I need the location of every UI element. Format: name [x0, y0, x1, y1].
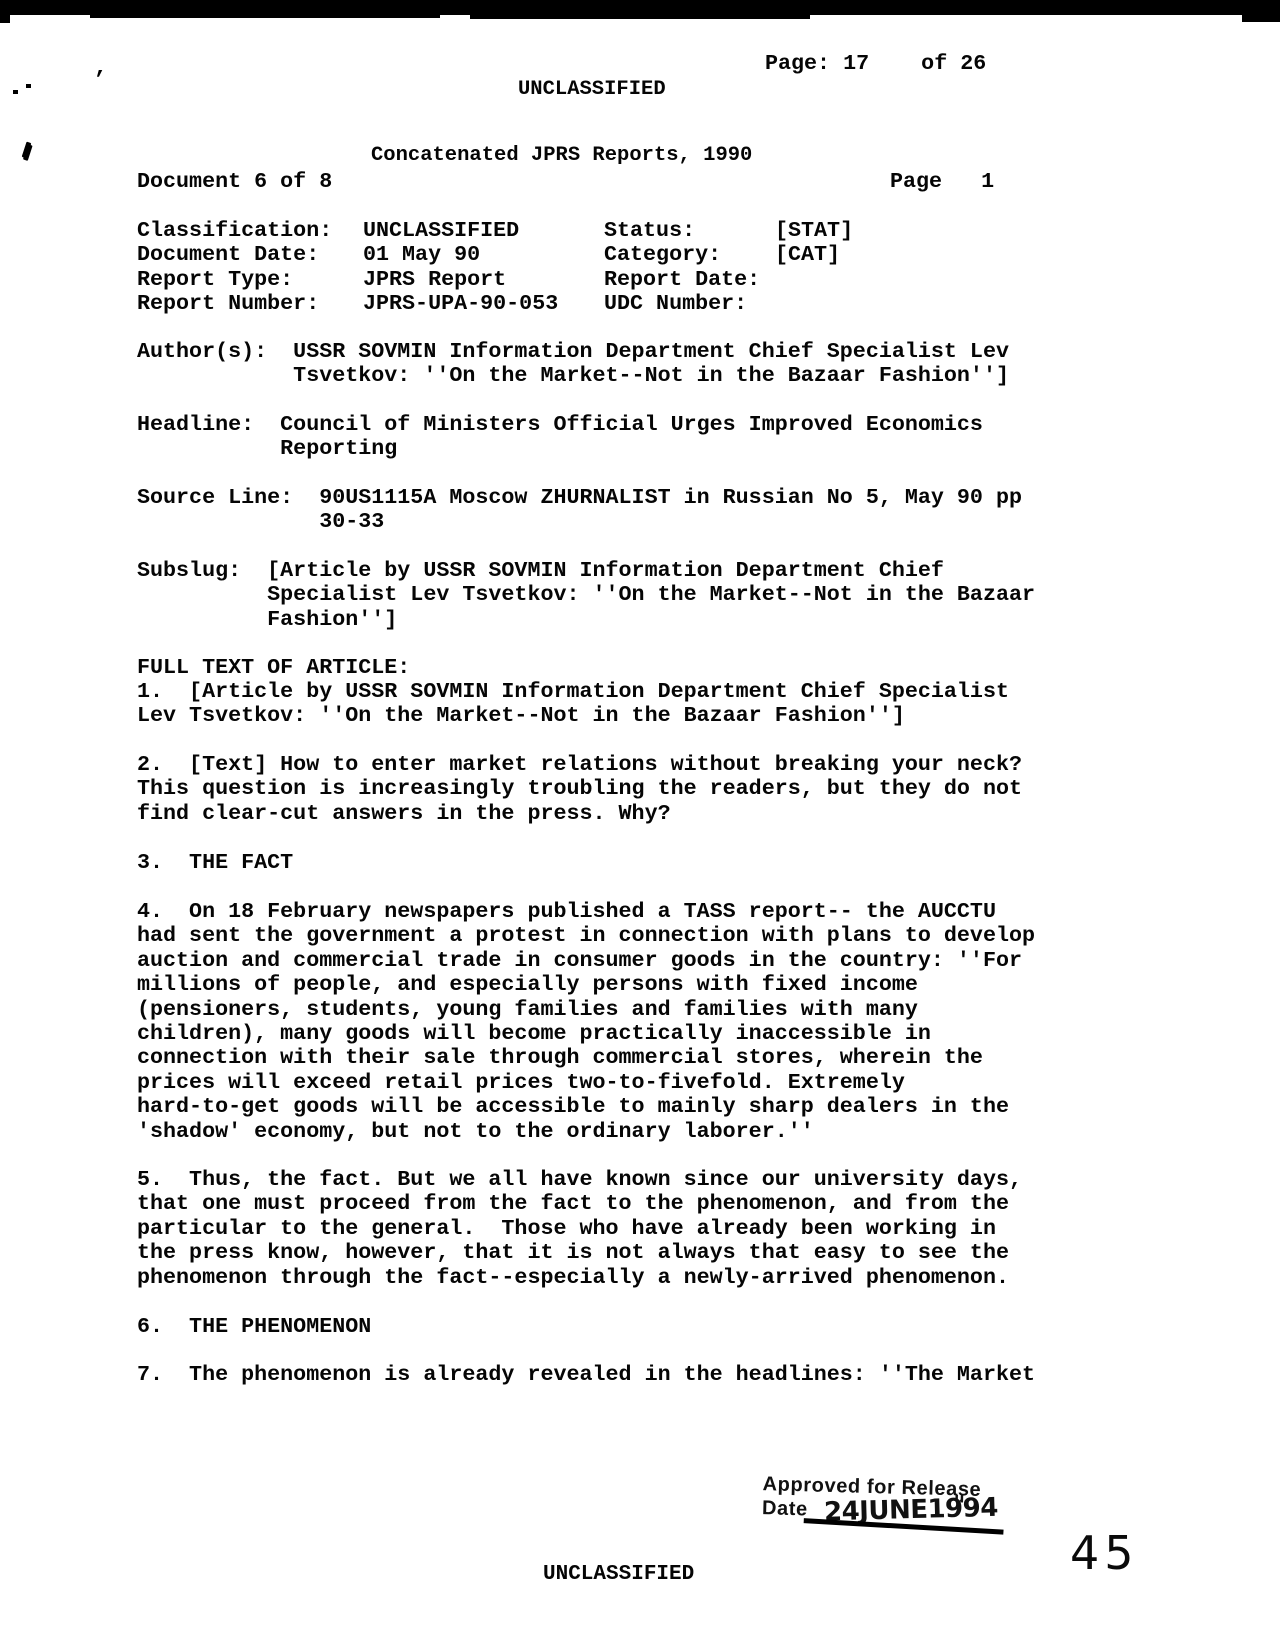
metadata-row: Classification: UNCLASSIFIED Status: [ST…	[0, 219, 1280, 243]
metadata-table: Classification: UNCLASSIFIED Status: [ST…	[0, 219, 1280, 317]
scan-top-edge-nub	[1242, 13, 1280, 22]
metadata-value: [CAT]	[775, 243, 840, 267]
metadata-value: 01 May 90	[363, 243, 480, 267]
metadata-value: [STAT]	[775, 219, 853, 243]
document-page: ’ Page: 17 of 26 UNCLASSIFIED Concatenat…	[0, 0, 1280, 1632]
metadata-label: UDC Number:	[604, 292, 747, 316]
metadata-label: Classification:	[137, 219, 332, 243]
metadata-label: Report Type:	[137, 268, 293, 292]
metadata-label: Document Date:	[137, 243, 319, 267]
article-paragraph-7: 7. The phenomenon is already revealed in…	[137, 1363, 1035, 1387]
scan-top-edge-bar	[0, 0, 1280, 15]
field-subslug: Subslug: [Article by USSR SOVMIN Informa…	[137, 559, 1035, 632]
field-source-line: Source Line: 90US1115A Moscow ZHURNALIST…	[137, 486, 1022, 535]
field-author: Author(s): USSR SOVMIN Information Depar…	[137, 340, 1009, 389]
document-indicator: Document 6 of 8	[137, 170, 332, 194]
section-heading-the-fact: 3. THE FACT	[137, 851, 293, 875]
metadata-value: UNCLASSIFIED	[363, 219, 519, 243]
metadata-row: Report Number: JPRS-UPA-90-053 UDC Numbe…	[0, 292, 1280, 316]
metadata-label: Category:	[604, 243, 721, 267]
classification-banner-top: UNCLASSIFIED	[518, 78, 666, 102]
article-paragraph-1: 1. [Article by USSR SOVMIN Information D…	[137, 680, 1009, 729]
scan-artifact-tick: ’	[93, 68, 106, 93]
metadata-label: Status:	[604, 219, 695, 243]
article-paragraph-4: 4. On 18 February newspapers published a…	[137, 900, 1035, 1144]
scan-artifact-dots	[13, 90, 18, 94]
page-indicator: Page: 17 of 26	[765, 52, 986, 76]
metadata-label: Report Number:	[137, 292, 319, 316]
article-paragraph-5: 5. Thus, the fact. But we all have known…	[137, 1168, 1022, 1290]
metadata-row: Document Date: 01 May 90 Category: [CAT]	[0, 243, 1280, 267]
metadata-value: JPRS Report	[363, 268, 506, 292]
scan-top-edge-segment	[90, 15, 440, 18]
section-heading-the-phenomenon: 6. THE PHENOMENON	[137, 1315, 371, 1339]
scan-top-edge-segment	[470, 15, 810, 19]
classification-banner-bottom: UNCLASSIFIED	[543, 1563, 694, 1587]
scan-artifact-mark	[22, 142, 32, 159]
stamp-date-label: Date	[762, 1497, 808, 1521]
full-text-heading: FULL TEXT OF ARTICLE:	[137, 656, 410, 680]
field-headline: Headline: Council of Ministers Official …	[137, 413, 983, 462]
report-title: Concatenated JPRS Reports, 1990	[371, 144, 752, 168]
metadata-value: JPRS-UPA-90-053	[363, 292, 558, 316]
approval-stamp: Approved for Release u Date 24JUNE1994	[757, 1473, 1059, 1549]
article-paragraph-2: 2. [Text] How to enter market relations …	[137, 753, 1022, 826]
handwritten-page-number: 45	[1070, 1526, 1139, 1580]
scan-top-edge-notch	[0, 15, 10, 23]
page-number-indicator: Page 1	[890, 170, 994, 194]
metadata-row: Report Type: JPRS Report Report Date:	[0, 268, 1280, 292]
metadata-label: Report Date:	[604, 268, 760, 292]
